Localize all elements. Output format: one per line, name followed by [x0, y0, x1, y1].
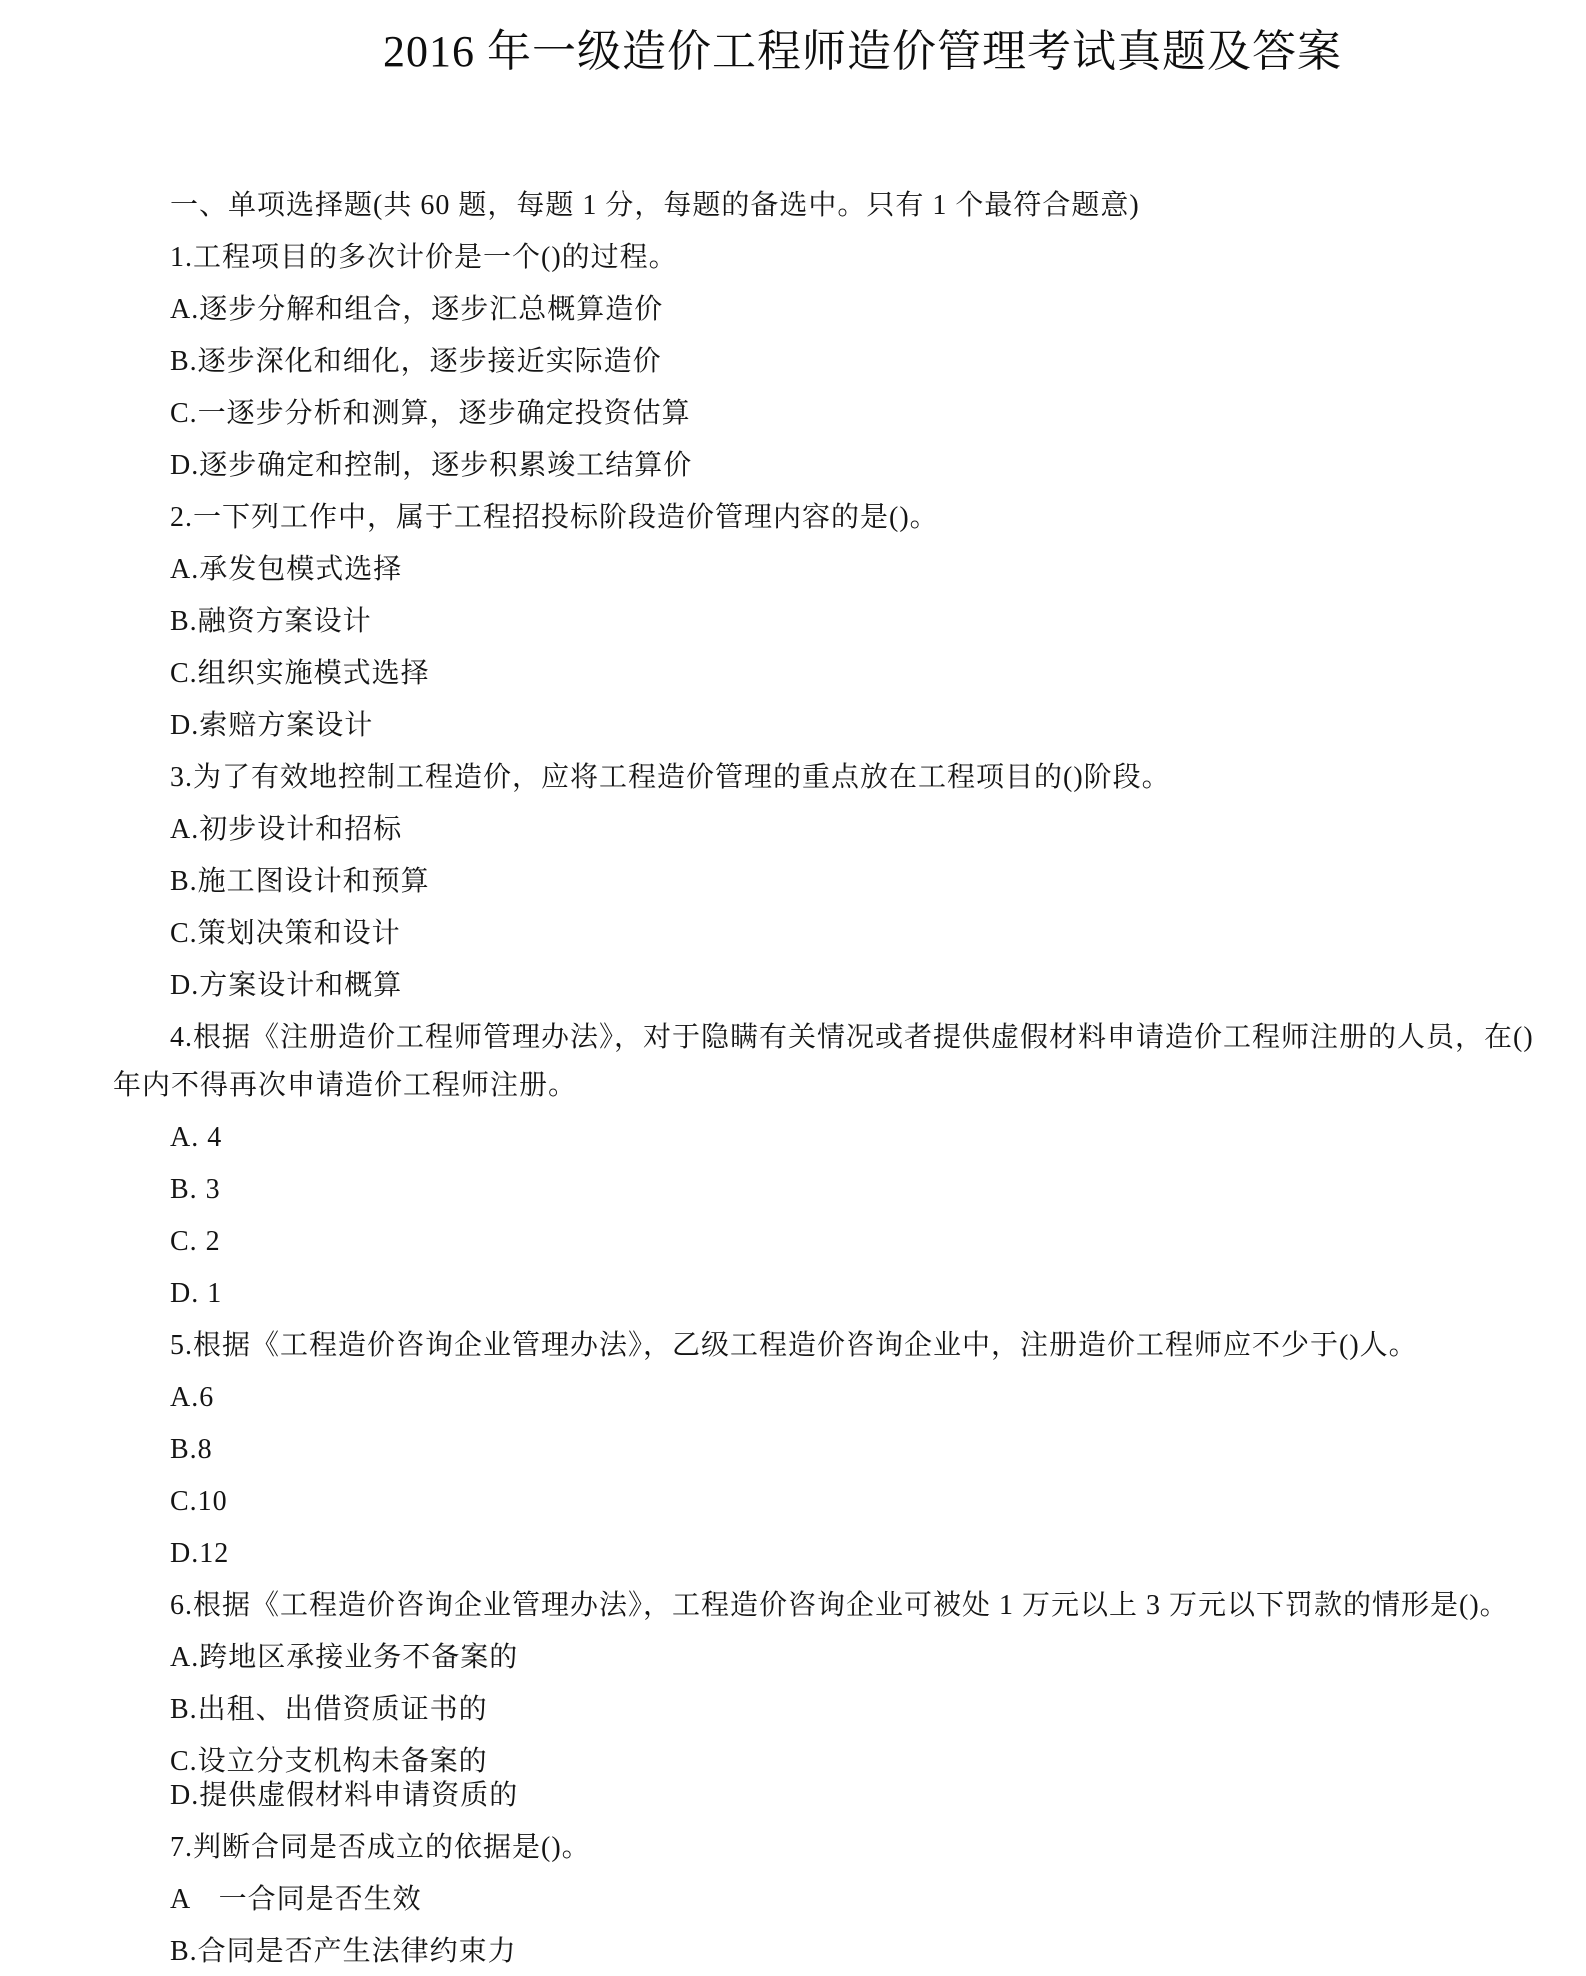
q2-option-b: B.融资方案设计: [113, 598, 1546, 646]
q2-option-d: D.索赔方案设计: [113, 702, 1546, 750]
q4-option-c: C. 2: [113, 1218, 1546, 1266]
q5-text: 5.根据《工程造价咨询企业管理办法》，乙级工程造价咨询企业中，注册造价工程师应不…: [113, 1322, 1546, 1370]
q4-option-b: B. 3: [113, 1166, 1546, 1214]
q3-option-a: A.初步设计和招标: [113, 806, 1546, 854]
document-body: 一、单项选择题(共 60 题，每题 1 分，每题的备选中。只有 1 个最符合题意…: [0, 182, 1586, 1976]
q7-option-a: A 一合同是否生效: [113, 1876, 1546, 1924]
q5-option-b: B.8: [113, 1426, 1546, 1474]
q6-text: 6.根据《工程造价咨询企业管理办法》，工程造价咨询企业可被处 1 万元以上 3 …: [113, 1582, 1546, 1630]
q3-text: 3.为了有效地控制工程造价，应将工程造价管理的重点放在工程项目的()阶段。: [113, 754, 1546, 802]
q1-option-c: C.一逐步分析和测算，逐步确定投资估算: [113, 390, 1546, 438]
q4-option-d: D. 1: [113, 1270, 1546, 1318]
q3-option-b: B.施工图设计和预算: [113, 858, 1546, 906]
q7-option-b: B.合同是否产生法律约束力: [113, 1928, 1546, 1976]
q5-option-c: C.10: [113, 1478, 1546, 1526]
q1-option-a: A.逐步分解和组合，逐步汇总概算造价: [113, 286, 1546, 334]
q4-option-a: A. 4: [113, 1114, 1546, 1162]
q2-option-c: C.组织实施模式选择: [113, 650, 1546, 698]
q6-option-a: A.跨地区承接业务不备案的: [113, 1634, 1546, 1682]
q4-text-line2: 年内不得再次申请造价工程师注册。: [113, 1062, 1546, 1110]
q5-option-a: A.6: [113, 1374, 1546, 1422]
q7-text: 7.判断合同是否成立的依据是()。: [113, 1824, 1546, 1872]
q1-text: 1.工程项目的多次计价是一个()的过程。: [113, 234, 1546, 282]
exam-document-page: 2016 年一级造价工程师造价管理考试真题及答案 一、单项选择题(共 60 题，…: [0, 0, 1586, 1976]
q3-option-d: D.方案设计和概算: [113, 962, 1546, 1010]
q1-option-d: D.逐步确定和控制，逐步积累竣工结算价: [113, 442, 1546, 490]
q3-option-c: C.策划决策和设计: [113, 910, 1546, 958]
q6-option-d: D.提供虚假材料申请资质的: [113, 1772, 1546, 1820]
q6-option-b: B.出租、出借资质证书的: [113, 1686, 1546, 1734]
q1-option-b: B.逐步深化和细化，逐步接近实际造价: [113, 338, 1546, 386]
document-title: 2016 年一级造价工程师造价管理考试真题及答案: [0, 26, 1586, 78]
q2-text: 2.一下列工作中，属于工程招投标阶段造价管理内容的是()。: [113, 494, 1546, 542]
q5-option-d: D.12: [113, 1530, 1546, 1578]
q2-option-a: A.承发包模式选择: [113, 546, 1546, 594]
section-1-heading: 一、单项选择题(共 60 题，每题 1 分，每题的备选中。只有 1 个最符合题意…: [113, 182, 1546, 230]
q4-text-line1: 4.根据《注册造价工程师管理办法》，对于隐瞒有关情况或者提供虚假材料申请造价工程…: [113, 1014, 1546, 1062]
